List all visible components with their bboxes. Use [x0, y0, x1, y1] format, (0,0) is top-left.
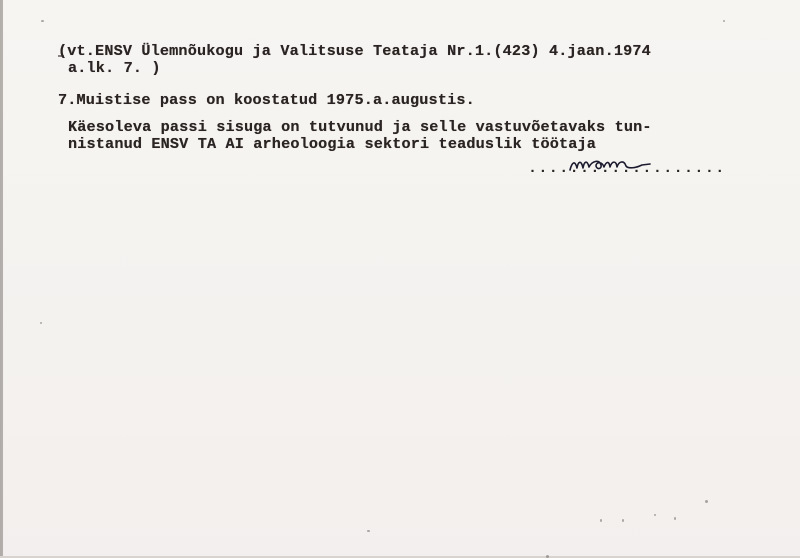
dust-speck	[723, 20, 725, 22]
dust-speck	[705, 500, 708, 503]
acknowledgement-line-2: nistanud ENSV TA AI arheoloogia sektori …	[68, 136, 596, 152]
dust-speck	[600, 519, 602, 522]
document-card: (vt.ENSV Ülemnõukogu ja Valitsuse Teataj…	[0, 0, 800, 558]
reference-line-2: a.lk. 7. )	[68, 60, 161, 76]
acknowledgement-line-1: Käesoleva passi sisuga on tutvunud ja se…	[68, 119, 652, 135]
dust-speck	[367, 530, 370, 532]
scan-edge	[0, 0, 3, 558]
compiled-date-line: 7.Muistise pass on koostatud 1975.a.augu…	[58, 92, 475, 108]
dust-speck	[654, 514, 656, 516]
reference-line-1: (vt.ENSV Ülemnõukogu ja Valitsuse Teataj…	[58, 43, 651, 59]
dust-speck	[622, 519, 624, 522]
dust-speck	[674, 517, 676, 520]
dust-speck	[40, 322, 42, 324]
dust-speck	[41, 20, 44, 22]
signature-line: ...................	[528, 160, 726, 177]
